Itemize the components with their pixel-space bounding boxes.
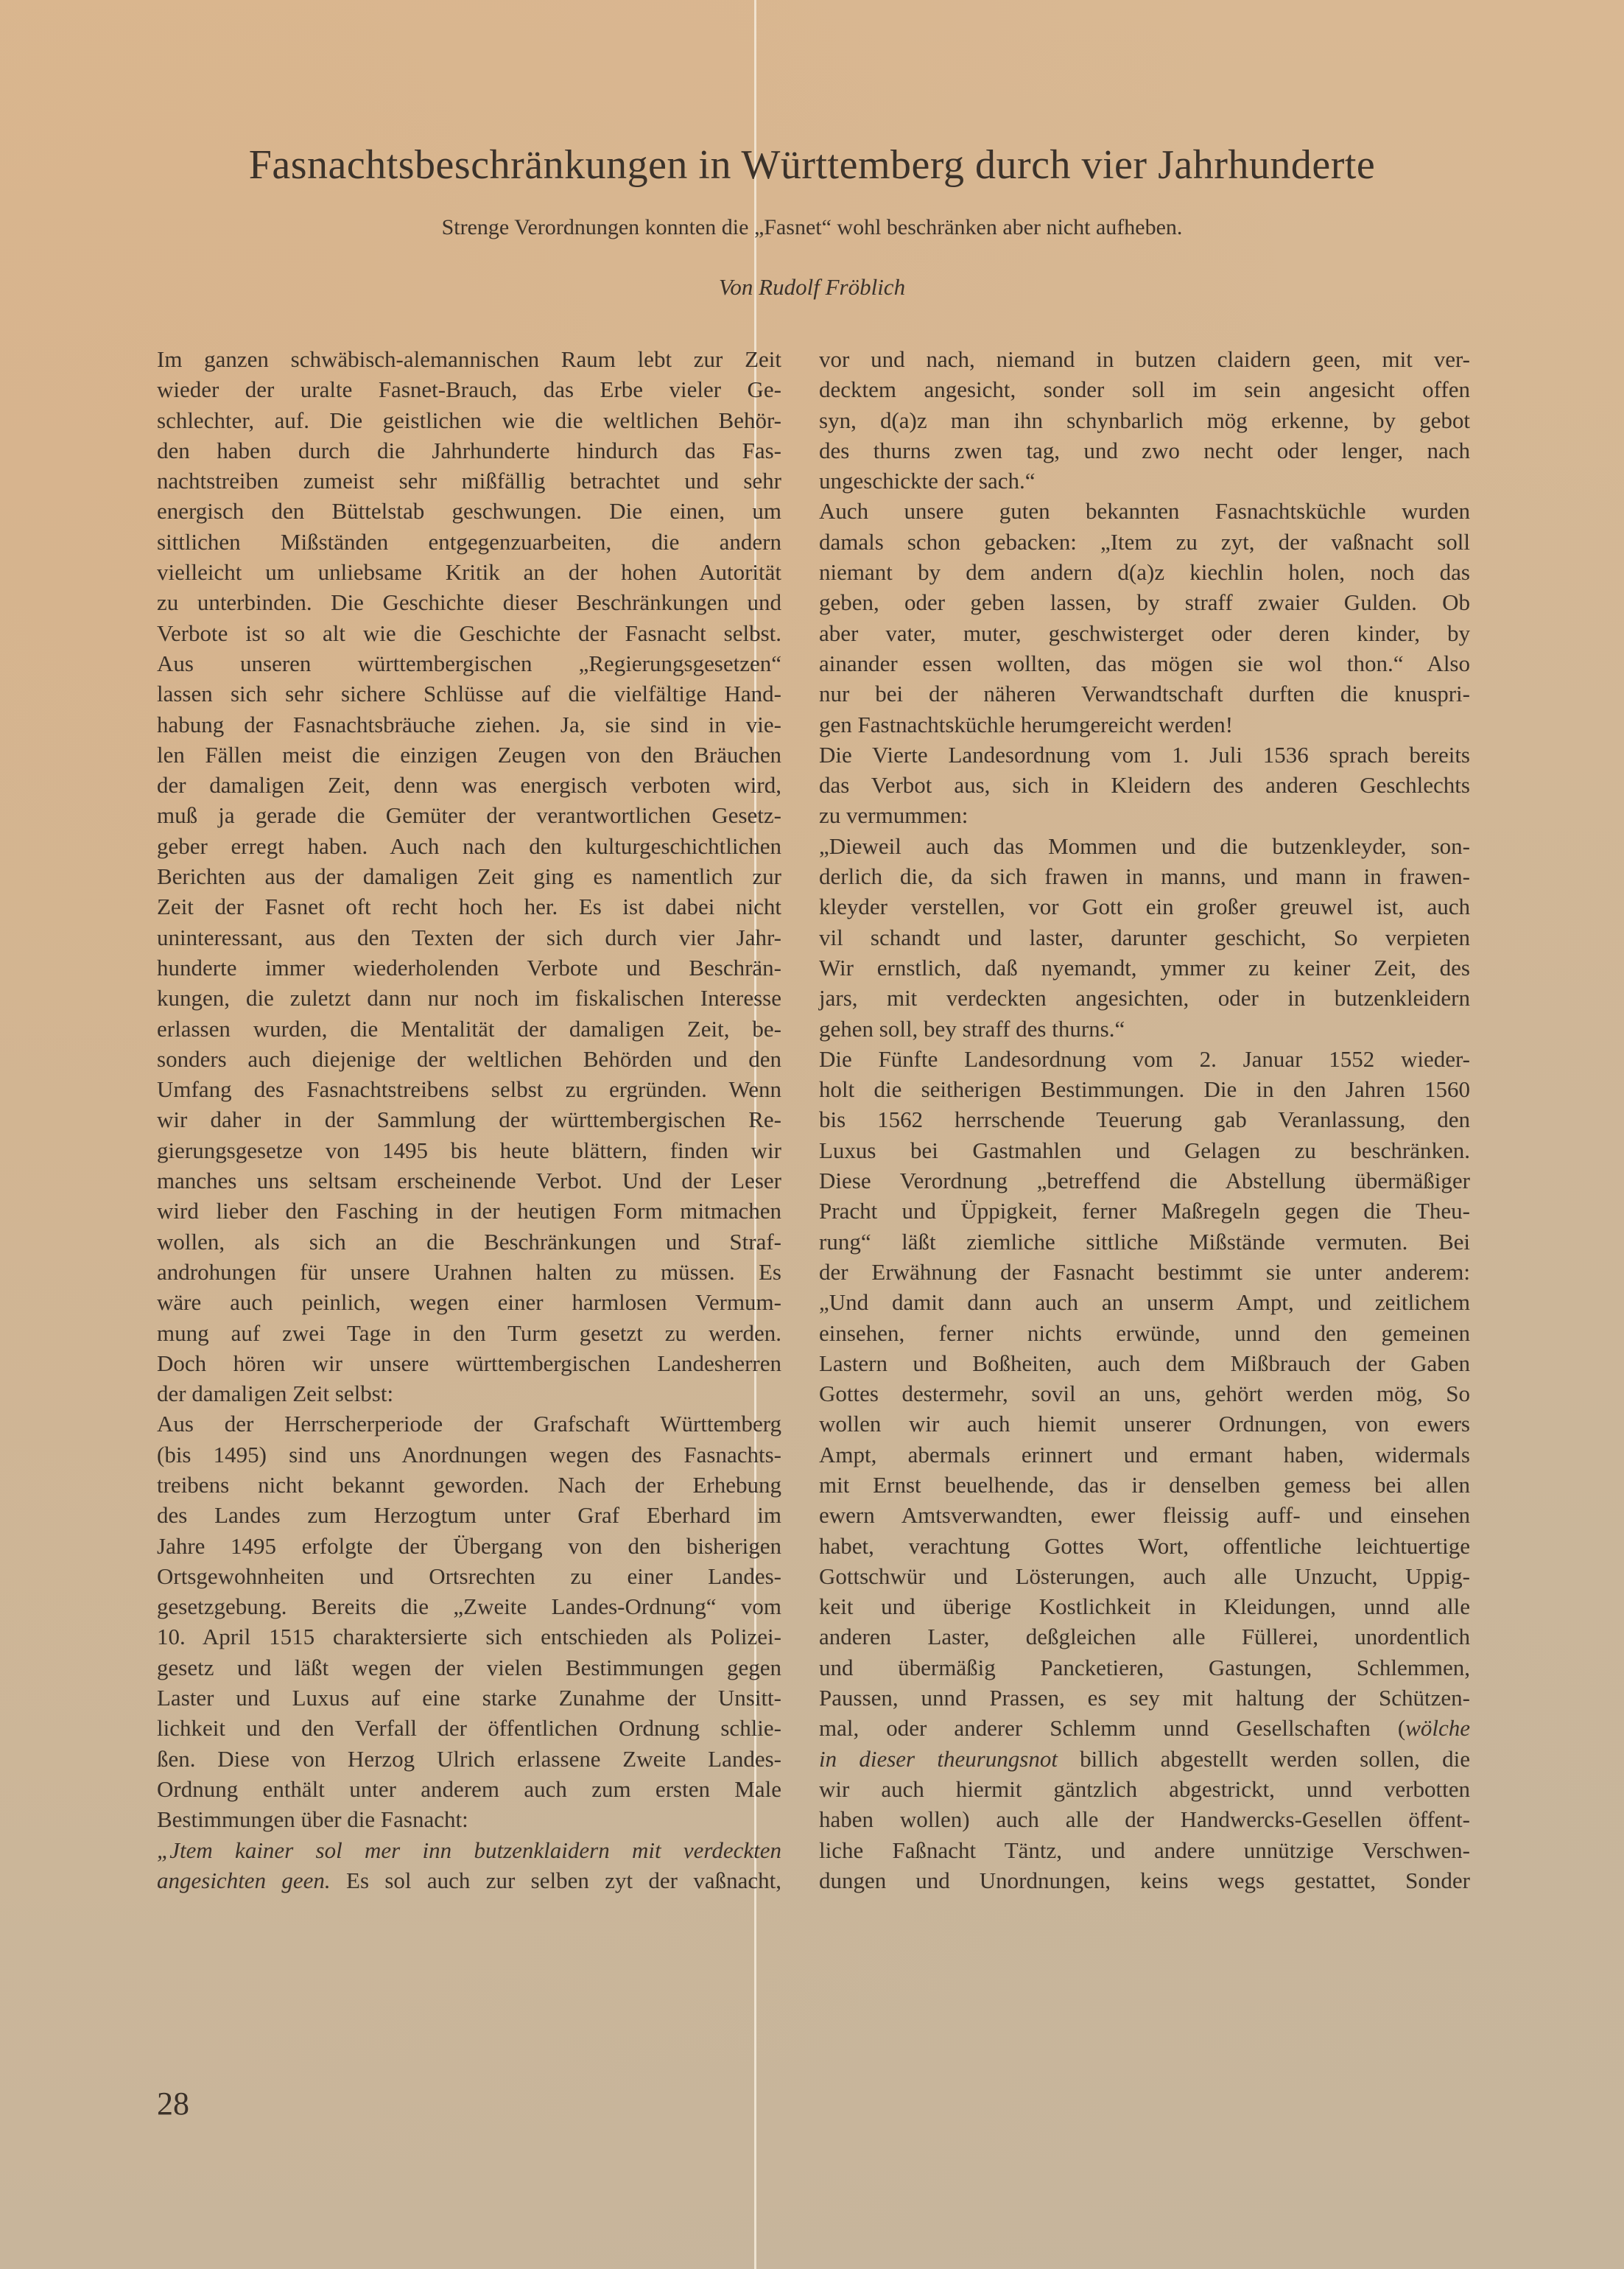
text-line: derlich die, da sich frawen in manns, un… [819,861,1470,891]
article-byline: Von Rudolf Fröblich [0,274,1624,301]
text-line: manches uns seltsam erscheinende Verbot.… [157,1165,781,1196]
text-line: anderen Laster, deßgleichen alle Füllere… [819,1621,1470,1652]
right-column: vor und nach, niemand in butzen claidern… [819,344,1470,1895]
text-line: Diese Verordnung „betreffend die Abstell… [819,1165,1470,1196]
text-line: Aus unseren württembergischen „Regierung… [157,648,781,678]
text-line: Jahre 1495 erfolgte der Übergang von den… [157,1531,781,1561]
text-line: nachtstreiben zumeist sehr mißfällig bet… [157,466,781,496]
text-line: Gottschwür und Lösterungen, auch alle Un… [819,1561,1470,1591]
text-line: Paussen, unnd Prassen, es sey mit haltun… [819,1683,1470,1713]
text-line: lassen sich sehr sichere Schlüsse auf di… [157,678,781,709]
text-line: Aus der Herrscherperiode der Grafschaft … [157,1409,781,1439]
text-line: len Fällen meist die einzigen Zeugen von… [157,740,781,770]
text-line: lichkeit und den Verfall der öffentliche… [157,1713,781,1743]
text-line: mit Ernst beuelhende, das ir denselben g… [819,1470,1470,1500]
text-line: wir auch hiermit gäntzlich abgestrickt, … [819,1774,1470,1804]
text-line: „Und damit dann auch an unserm Ampt, und… [819,1287,1470,1317]
text-line: Doch hören wir unsere württembergischen … [157,1348,781,1378]
text-line: Ampt, abermals erinnert und ermant haben… [819,1439,1470,1470]
text-line: Auch unsere guten bekannten Fasnachtsküc… [819,496,1470,526]
text-line: bis 1562 herrschende Teuerung gab Veranl… [819,1104,1470,1134]
text-line: einsehen, ferner nichts erwünde, unnd de… [819,1318,1470,1348]
text-line: ungeschickte der sach.“ [819,466,1470,496]
text-line: jars, mit verdeckten angesichten, oder i… [819,983,1470,1013]
text-line: sittlichen Mißständen entgegenzuarbeiten… [157,527,781,557]
text-line: rung“ läßt ziemliche sittliche Mißstände… [819,1227,1470,1257]
text-line: zu unterbinden. Die Geschichte dieser Be… [157,587,781,617]
text-line: habung der Fasnachtsbräuche ziehen. Ja, … [157,709,781,740]
text-line: erlassen wurden, die Mentalität der dama… [157,1014,781,1044]
text-line: wäre auch peinlich, wegen einer harmlose… [157,1287,781,1317]
text-line: keit und überige Kostlichkeit in Kleidun… [819,1591,1470,1621]
text-line: decktem angesicht, sonder soll im sein a… [819,374,1470,404]
text-line: muß ja gerade die Gemüter der verantwort… [157,800,781,830]
text-line: Umfang des Fasnachtstreibens selbst zu e… [157,1074,781,1104]
text-line: Im ganzen schwäbisch-alemannischen Raum … [157,344,781,374]
text-line: der damaligen Zeit selbst: [157,1378,781,1409]
text-line: mung auf zwei Tage in den Turm gesetzt z… [157,1318,781,1348]
quote-fragment-italic: in dieser theurungsnot [819,1746,1058,1772]
text-fragment: Es sol auch zur selben zyt der vaßnacht, [331,1868,781,1893]
text-line: ßen. Diese von Herzog Ulrich erlassene Z… [157,1744,781,1774]
text-line: „Dieweil auch das Mommen und die butzenk… [819,831,1470,861]
text-line: Laster und Luxus auf eine starke Zunahme… [157,1683,781,1713]
text-line: dungen und Unordnungen, keins wegs gesta… [819,1865,1470,1895]
text-line: das Verbot aus, sich in Kleidern des and… [819,770,1470,800]
text-line: der damaligen Zeit, denn was energisch v… [157,770,781,800]
text-line: nur bei der näheren Verwandtschaft durft… [819,678,1470,709]
text-line: Zeit der Fasnet oft recht hoch her. Es i… [157,891,781,922]
text-line: gierungsgesetze von 1495 bis heute blätt… [157,1135,781,1165]
text-line: wieder der uralte Fasnet-Brauch, das Erb… [157,374,781,404]
text-line: Ortsgewohnheiten und Ortsrechten zu eine… [157,1561,781,1591]
text-line: treibens nicht bekannt geworden. Nach de… [157,1470,781,1500]
text-line: vor und nach, niemand in butzen claidern… [819,344,1470,374]
text-line: kungen, die zuletzt dann nur noch im fis… [157,983,781,1013]
text-line: Bestimmungen über die Fasnacht: [157,1804,781,1834]
text-line: Verbote ist so alt wie die Geschichte de… [157,618,781,648]
text-line: gesetz und läßt wegen der vielen Bestimm… [157,1652,781,1683]
quote-fragment-italic: wölche [1405,1715,1470,1741]
text-line: Die Vierte Landesordnung vom 1. Juli 153… [819,740,1470,770]
text-line: uninteressant, aus den Texten der sich d… [157,922,781,953]
text-line: der Erwähnung der Fasnacht bestimmt sie … [819,1257,1470,1287]
text-line: habet, verachtung Gottes Wort, offentlic… [819,1531,1470,1561]
text-line: 10. April 1515 charaktersierte sich ents… [157,1621,781,1652]
quote-fragment-italic: angesichten geen. [157,1868,331,1893]
text-line: wollen, als sich an die Beschränkungen u… [157,1227,781,1257]
text-line: niemant by dem andern d(a)z kiechlin hol… [819,557,1470,587]
text-line: syn, d(a)z man ihn schynbarlich mög erke… [819,405,1470,435]
text-line: gehen soll, bey straff des thurns.“ [819,1014,1470,1044]
text-line: wird lieber den Fasching in der heutigen… [157,1196,781,1226]
text-line: Lastern und Boßheiten, auch dem Mißbrauc… [819,1348,1470,1378]
text-line-mixed: mal, oder anderer Schlemm unnd Gesellsch… [819,1713,1470,1743]
left-column: Im ganzen schwäbisch-alemannischen Raum … [157,344,781,1895]
text-fragment: mal, oder anderer Schlemm unnd Gesellsch… [819,1715,1405,1741]
text-line: des thurns zwen tag, und zwo necht oder … [819,435,1470,466]
text-line: vielleicht um unliebsame Kritik an der h… [157,557,781,587]
text-line: damals schon gebacken: „Item zu zyt, der… [819,527,1470,557]
text-line: des Landes zum Herzogtum unter Graf Eber… [157,1500,781,1530]
text-line: Die Fünfte Landesordnung vom 2. Januar 1… [819,1044,1470,1074]
text-line: ainander essen wollten, das mögen sie wo… [819,648,1470,678]
text-line: vil schandt und laster, darunter geschic… [819,922,1470,953]
quote-line-italic: „Jtem kainer sol mer inn butzenklaidern … [157,1835,781,1865]
text-line: sonders auch diejenige der weltlichen Be… [157,1044,781,1074]
text-line: energisch den Büttelstab geschwungen. Di… [157,496,781,526]
text-line-mixed: angesichten geen. Es sol auch zur selben… [157,1865,781,1895]
text-line: Luxus bei Gastmahlen und Gelagen zu besc… [819,1135,1470,1165]
text-line: gen Fastnachtsküchle herumgereicht werde… [819,709,1470,740]
text-line: ewern Amtsverwandten, ewer fleissig auff… [819,1500,1470,1530]
text-line: aber vater, muter, geschwisterget oder d… [819,618,1470,648]
text-line: hunderte immer wiederholenden Verbote un… [157,953,781,983]
text-line: haben wollen) auch alle der Handwercks-G… [819,1804,1470,1834]
text-line: Berichten aus der damaligen Zeit ging es… [157,861,781,891]
text-line: geben, oder geben lassen, by straff zwai… [819,587,1470,617]
text-line: Ordnung enthält unter anderem auch zum e… [157,1774,781,1804]
page-number: 28 [157,2085,189,2122]
article-subtitle: Strenge Verordnungen konnten die „Fasnet… [0,215,1624,240]
text-fragment: billich abgestellt werden sollen, die [1058,1746,1470,1772]
text-line: wir daher in der Sammlung der württember… [157,1104,781,1134]
text-line: wollen wir auch hiemit unserer Ordnungen… [819,1409,1470,1439]
text-line: Pracht und Üppigkeit, ferner Maßregeln g… [819,1196,1470,1226]
text-line: schlechter, auf. Die geistlichen wie die… [157,405,781,435]
text-line: gesetzgebung. Bereits die „Zweite Landes… [157,1591,781,1621]
text-line: geber erregt haben. Auch nach den kultur… [157,831,781,861]
article-title: Fasnachtsbeschränkungen in Württemberg d… [0,141,1624,189]
text-line: holt die seitherigen Bestimmungen. Die i… [819,1074,1470,1104]
text-line: Gottes destermehr, sovil an uns, gehört … [819,1378,1470,1409]
text-line-mixed: in dieser theurungsnot billich abgestell… [819,1744,1470,1774]
text-line: liche Faßnacht Täntz, und andere unnützi… [819,1835,1470,1865]
text-line: kleyder verstellen, vor Gott ein großer … [819,891,1470,922]
text-line: Wir ernstlich, daß nyemandt, ymmer zu ke… [819,953,1470,983]
text-line: (bis 1495) sind uns Anordnungen wegen de… [157,1439,781,1470]
text-line: zu vermummen: [819,800,1470,830]
text-line: den haben durch die Jahrhunderte hindurc… [157,435,781,466]
text-line: und übermäßig Pancketieren, Gastungen, S… [819,1652,1470,1683]
text-line: androhungen für unsere Urahnen halten zu… [157,1257,781,1287]
